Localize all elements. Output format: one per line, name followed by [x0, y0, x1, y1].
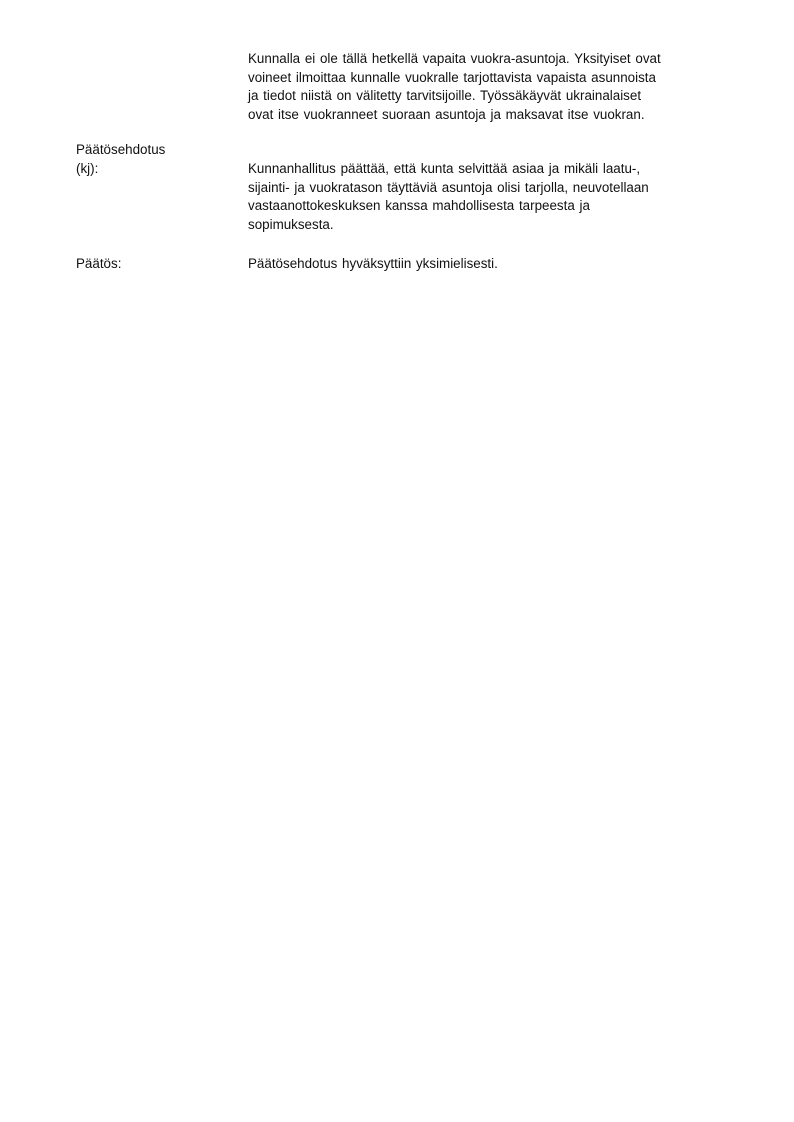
intro-line: voineet ilmoittaa kunnalle vuokralle tar… [248, 69, 748, 88]
proposal-line: Kunnanhallitus päättää, että kunta selvi… [248, 160, 748, 179]
intro-paragraph: Kunnalla ei ole tällä hetkellä vapaita v… [248, 50, 748, 124]
decision-text: Päätösehdotus hyväksyttiin yksimielisest… [248, 255, 748, 274]
proposal-text: Kunnanhallitus päättää, että kunta selvi… [248, 160, 748, 234]
proposal-label-line1: Päätösehdotus [76, 141, 165, 160]
proposal-line: sijainti- ja vuokratason täyttäviä asunt… [248, 179, 748, 198]
proposal-line: sopimuksesta. [248, 216, 748, 235]
proposal-label-line2: (kj): [76, 160, 165, 179]
intro-line: Kunnalla ei ole tällä hetkellä vapaita v… [248, 50, 748, 69]
decision-label-text: Päätös: [76, 255, 121, 274]
proposal-label: Päätösehdotus (kj): [76, 141, 165, 178]
intro-line: ovat itse vuokranneet suoraan asuntoja j… [248, 106, 748, 125]
intro-line: ja tiedot niistä on välitetty tarvitsijo… [248, 87, 748, 106]
decision-line: Päätösehdotus hyväksyttiin yksimielisest… [248, 255, 748, 274]
proposal-line: vastaanottokeskuksen kanssa mahdollisest… [248, 197, 748, 216]
decision-label: Päätös: [76, 255, 121, 274]
